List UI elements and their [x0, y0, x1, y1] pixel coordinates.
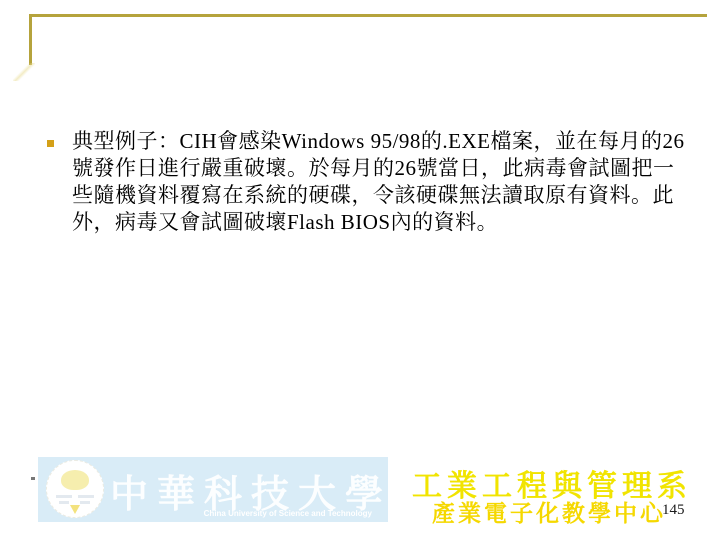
corner-accent-decoration [13, 63, 35, 81]
bullet-paragraph: 典型例子：CIH會感染Windows 95/98的.EXE檔案，並在每月的26 … [72, 128, 707, 236]
paragraph-line: 典型例子：CIH會感染Windows 95/98的.EXE檔案，並在每月的26 [72, 128, 707, 155]
university-footer-banner: 中華科技大學 China University of Science and T… [38, 457, 388, 522]
paragraph-line: 外，病毒又會試圖破壞Flash BIOS內的資料。 [72, 209, 707, 236]
university-name-english: China University of Science and Technolo… [204, 509, 372, 518]
footer-stray-mark [31, 477, 35, 480]
page-number: 145 [662, 502, 685, 519]
top-gold-rule-horizontal [29, 14, 707, 17]
university-seal-icon [46, 460, 104, 518]
bullet-square-icon [47, 140, 54, 147]
top-gold-rule-vertical [29, 14, 32, 65]
paragraph-line: 些隨機資料覆寫在系統的硬碟，令該硬碟無法讀取原有資料。此 [72, 182, 707, 209]
teaching-center-name: 產業電子化教學中心 [432, 495, 666, 528]
paragraph-line: 號發作日進行嚴重破壞。於每月的26號當日，此病毒會試圖把一 [72, 155, 707, 182]
slide: 典型例子：CIH會感染Windows 95/98的.EXE檔案，並在每月的26 … [0, 0, 720, 540]
